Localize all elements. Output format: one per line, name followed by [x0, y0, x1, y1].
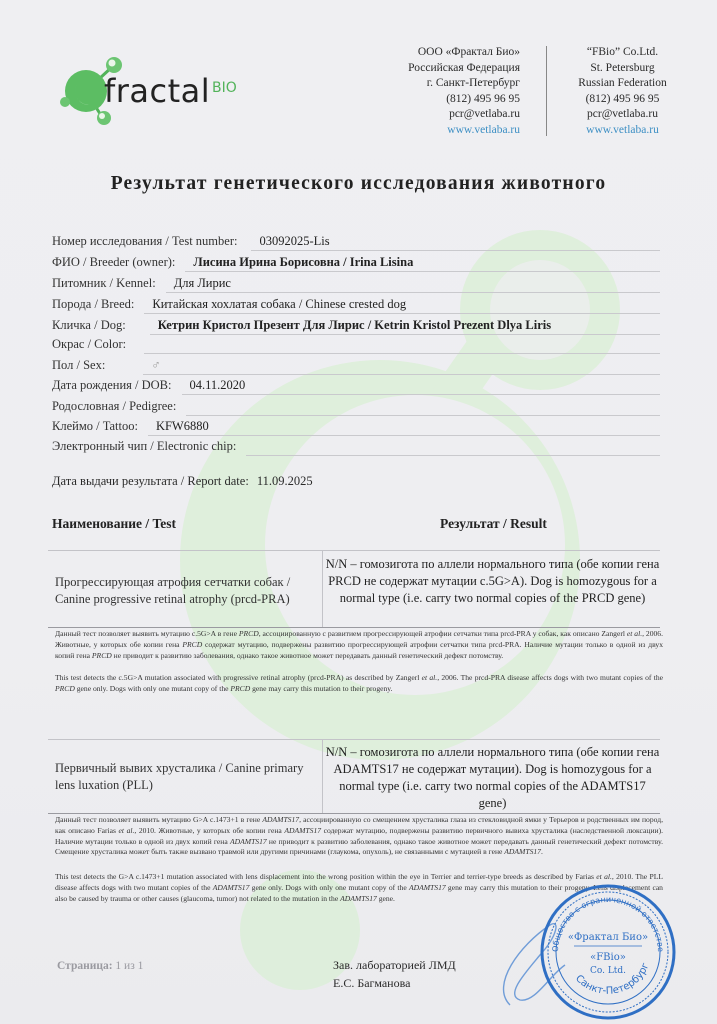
signer-block: Зав. лабораторией ЛМД Е.С. Багманова [333, 956, 456, 992]
email-link[interactable]: pcr@vetlaba.ru [555, 107, 690, 123]
website-link[interactable]: www.vetlaba.ru [555, 123, 690, 139]
svg-text:«FBio»: «FBio» [590, 952, 626, 963]
table-row-result: N/N – гомозигота по аллели нормального т… [325, 556, 660, 607]
signer-title: Зав. лабораторией ЛМД [333, 956, 456, 974]
field-pedigree: Родословная / Pedigree: [52, 396, 660, 416]
table-row-test-name: Первичный вывих хрусталика / Canine prim… [55, 760, 320, 794]
page-number: Страница: 1 из 1 [57, 960, 143, 972]
field-breeder: ФИО / Breeder (owner): Лисина Ирина Бори… [52, 252, 660, 272]
field-sex: Пол / Sex: ♂ [52, 355, 660, 375]
signer-name: Е.С. Багманова [333, 974, 456, 992]
watermark-logo-icon [0, 0, 717, 1024]
field-breed: Порода / Breed: Китайская хохлатая собак… [52, 294, 660, 314]
table-row-test-name: Прогрессирующая атрофия сетчатки собак /… [55, 574, 320, 608]
field-test-number: Номер исследования / Test number: 030920… [52, 231, 660, 251]
test-note-en: This test detects the c.5G>A mutation as… [55, 673, 663, 695]
field-tattoo: Клеймо / Tattoo: KFW6880 [52, 416, 660, 436]
svg-text:Co. Ltd.: Co. Ltd. [590, 966, 626, 976]
table-divider [48, 813, 660, 814]
logo-wordmark: fractal [104, 72, 210, 110]
page-title: Результат генетического исследования жив… [0, 173, 717, 195]
email-link[interactable]: pcr@vetlaba.ru [380, 107, 520, 123]
test-note-ru: Данный тест позволяет выявить мутацию c.… [55, 629, 663, 661]
company-stamp-icon: Общество с ограниченной ответственностью… [538, 882, 678, 1022]
column-header-test: Наименование / Test [52, 516, 176, 532]
table-row-result: N/N – гомозигота по аллели нормального т… [325, 744, 660, 812]
report-date: Дата выдачи результата / Report date:11.… [52, 474, 313, 489]
certificate-page: fractal BIO ООО «Фрактал Био» Российская… [0, 0, 717, 1024]
address-english: “FBio” Co.Ltd. St. Petersburg Russian Fe… [555, 45, 690, 138]
field-chip: Электронный чип / Electronic chip: [52, 436, 660, 456]
address-divider [546, 46, 547, 136]
svg-text:«Фрактал Био»: «Фрактал Био» [568, 932, 648, 943]
field-kennel: Питомник / Kennel: Для Лирис [52, 273, 660, 293]
website-link[interactable]: www.vetlaba.ru [380, 123, 520, 139]
field-dob: Дата рождения / DOB: 04.11.2020 [52, 375, 660, 395]
address-russian: ООО «Фрактал Био» Российская Федерация г… [380, 45, 520, 138]
table-divider [322, 550, 323, 627]
table-divider [48, 739, 660, 740]
column-header-result: Результат / Result [440, 516, 547, 532]
logo-bio-suffix: BIO [212, 80, 237, 96]
field-dog-name: Кличка / Dog: Кетрин Кристол Презент Для… [52, 315, 660, 335]
male-icon: ♂ [143, 355, 660, 375]
table-divider [322, 739, 323, 813]
table-divider [48, 550, 660, 551]
test-note-ru: Данный тест позволяет выявить мутацию G>… [55, 815, 663, 858]
table-divider [48, 627, 660, 628]
field-color: Окрас / Color: [52, 334, 660, 354]
